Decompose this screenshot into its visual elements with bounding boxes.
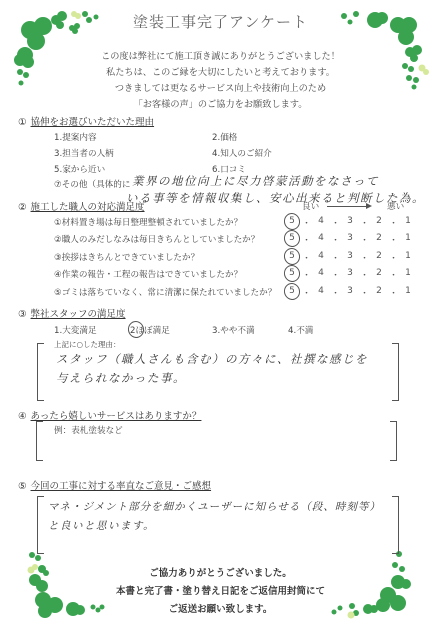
section-4-example[interactable]: 例：表札塗装など: [54, 424, 123, 436]
section-1-option-3[interactable]: 3.担当者の人柄: [54, 147, 114, 159]
section-3-heading: ③弊社スタッフの満足度: [18, 306, 126, 320]
section-5-bracket-left: [37, 496, 44, 554]
section-4-bracket-right: [390, 421, 397, 461]
intro-line-3: つきましては更なるサービス向上や技術向上のため: [0, 80, 441, 94]
section-5-handwritten-line-2[interactable]: と良いと思います。: [48, 518, 155, 533]
page-title: 塗装工事完了アンケート: [0, 11, 441, 32]
section-3-bracket-right: [392, 343, 399, 401]
section-4-heading: ④あったら嬉しいサービスはありますか？: [18, 408, 201, 422]
section-5-title: 今回の工事に対する率直なご意見・ご感想: [31, 481, 212, 492]
scale-bad-label: 悪い: [387, 200, 404, 212]
section-1-option-5[interactable]: 5.家から近い: [54, 163, 105, 175]
section-2-number: ②: [18, 202, 27, 213]
intro-line-4: 「お客様の声」のご協力をお願致します。: [0, 96, 441, 110]
section-3-handwritten-line-1[interactable]: スタッフ（職人さんも含む）の方々に、社撰な感じを: [56, 351, 368, 367]
section-2-question-2: ②職人のみだしなみは毎日きちんとしていましたか？: [54, 233, 259, 245]
section-2-question-3: ③挨拶はきちんとできていましたか？: [54, 251, 199, 263]
scale-arrow-icon: [327, 206, 367, 207]
section-3-option-3[interactable]: 3.やや不満: [212, 324, 255, 336]
section-1-option-other[interactable]: ⑦その他（具体的に: [54, 178, 130, 190]
rating-5-selected[interactable]: 5: [286, 216, 298, 229]
closing-line-3: ご返送お願い致します。: [0, 601, 441, 615]
section-3-title: 弊社スタッフの満足度: [31, 309, 126, 320]
section-2-question-5: ⑤ゴミは落ちていなく、常に清潔に保たれていましたか？: [54, 286, 276, 298]
section-3-bracket-left: [37, 343, 44, 401]
section-1-title: 協伸をお選びいただいた理由: [31, 117, 155, 128]
section-4-bracket-left: [36, 421, 43, 461]
section-1-option-1[interactable]: 1.提案内容: [54, 131, 97, 143]
section-1-option-4[interactable]: 4.知人のご紹介: [212, 147, 272, 159]
rating-row-4[interactable]: 5・4・3・2・1: [286, 268, 414, 281]
intro-line-1: この度は弊社にて施工頂き誠にありがとうございました！: [0, 48, 441, 62]
section-2-question-1: ①材料置き場は毎日整理整頓されていましたか？: [54, 216, 242, 228]
section-3-number: ③: [18, 309, 27, 320]
rating-5-selected[interactable]: 5: [286, 286, 298, 299]
section-1-heading: ①協伸をお選びいただいた理由: [18, 114, 154, 128]
section-3-reason-label: 上記に○した理由：: [54, 339, 121, 350]
section-3-option-1[interactable]: 1.大変満足: [54, 324, 97, 336]
section-4-number: ④: [18, 411, 27, 422]
closing-line-2: 本書と完了書・塗り替え日記をご返信用封筒にて: [0, 583, 441, 597]
section-2-question-4: ④作業の報告・工程の報告はできていましたか？: [54, 268, 242, 280]
section-4-title: あったら嬉しいサービスはありますか？: [31, 411, 202, 422]
scale-arrowhead-icon: [366, 203, 372, 209]
section-3-handwritten-line-2[interactable]: 与えられなかった事。: [56, 370, 186, 386]
section-1-number: ①: [18, 117, 27, 128]
section-3-option-4[interactable]: 4.不満: [288, 324, 313, 336]
rating-row-1[interactable]: 5・4・3・2・1: [286, 216, 414, 229]
section-5-handwritten-line-1[interactable]: マネ・ジメント部分を細かくユーザーに知らせる（段、時刻等）: [48, 499, 381, 514]
section-1-handwritten-line-1[interactable]: 業界の地位向上に尽力啓蒙活動をなさって: [132, 173, 379, 189]
closing-line-1: ご協力ありがとうございました。: [0, 565, 441, 579]
section-1-option-2[interactable]: 2.価格: [212, 131, 237, 143]
rating-5-selected[interactable]: 5: [286, 268, 298, 281]
rating-row-3[interactable]: 5・4・3・2・1: [286, 251, 414, 264]
scale-good-label: 良い: [302, 200, 319, 212]
section-5-heading: ⑤今回の工事に対する率直なご意見・ご感想: [18, 478, 211, 492]
rating-row-2[interactable]: 5・4・3・2・1: [286, 233, 414, 246]
section-3-option-2-selected[interactable]: 2ほぼ満足: [130, 324, 441, 336]
section-2-title: 施工した職人の対応満足度: [31, 202, 145, 213]
section-1-handwritten-line-2[interactable]: いる事等を情報収集し、安心出来ると判断した為。: [126, 190, 425, 206]
rating-5-selected[interactable]: 5: [286, 251, 298, 264]
rating-row-5[interactable]: 5・4・3・2・1: [286, 286, 414, 299]
section-2-heading: ②施工した職人の対応満足度: [18, 199, 145, 213]
rating-5-selected[interactable]: 5: [286, 233, 298, 246]
section-5-number: ⑤: [18, 481, 27, 492]
section-5-bracket-right: [392, 496, 399, 554]
intro-line-2: 私たちは、このご縁を大切にしたいと考えております。: [0, 64, 441, 78]
